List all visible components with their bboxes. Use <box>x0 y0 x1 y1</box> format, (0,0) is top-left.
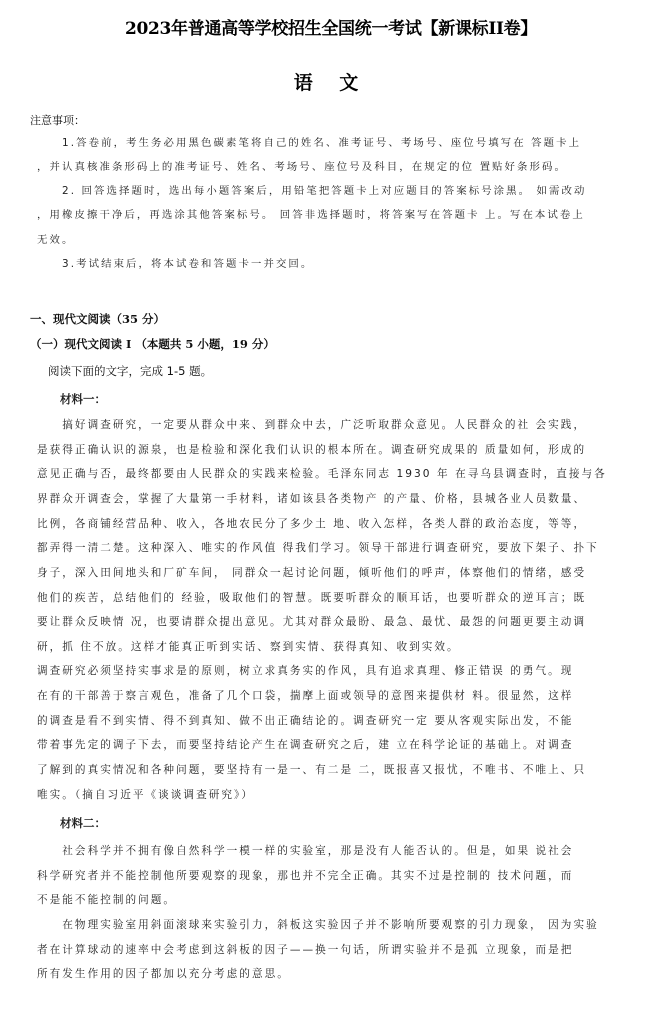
passage-line: 调查研究必须坚持实事求是的原则，树立求真务实的作风，具有追求真理、修正错误 的勇… <box>37 663 573 678</box>
subject-title: 语 文 <box>0 68 662 95</box>
notice-line: ，用橡皮擦干净后，再选涂其他答案标号。 回答非选择题时，将答案写在答题卡 上。写… <box>37 206 585 221</box>
notice-line: 2. 回答选择题时，选出每小题答案后，用铅笔把答题卡上对应题目的答案标号涂黑。 … <box>37 182 587 197</box>
passage-line: 搞好调查研究，一定要从群众中来、到群众中去，广泛听取群众意见。人民群众的社 会实… <box>37 417 586 432</box>
passage-line: 界群众开调查会，掌握了大量第一手材料，诸如该县各类物产 的产量、价格，县城各业人… <box>37 491 586 506</box>
exam-page: 2023年普通高等学校招生全国统一考试【新课标II卷】 语 文 注意事项： 1.… <box>0 0 662 1016</box>
notice-heading: 注意事项： <box>30 112 85 128</box>
passage-line: 要让群众反映情 况，也要请群众提出意见。尤其对群众最盼、最急、最忧、最怨的问题更… <box>37 614 586 629</box>
passage-line: 唯实。（摘自习近平《谈谈调查研究》） <box>37 787 254 802</box>
passage-line: 社会科学并不拥有像自然科学一模一样的实验室，那是没有人能否认的。但是，如果 说社… <box>37 843 573 858</box>
passage-line: 了解到的真实情况和各种问题，要坚持有一是一、有二是 二，既报喜又报忧，不唯书、不… <box>37 762 586 777</box>
passage-line: 者在计算球动的速率中会考虑到这斜板的因子——换一句话，所谓实验并不是孤 立现象，… <box>37 942 573 957</box>
section-heading: 一、现代文阅读（35 分） <box>30 311 165 327</box>
subsection-heading: （一）现代文阅读 I （本题共 5 小题，19 分） <box>30 336 275 352</box>
passage-line: 他们的疾苦，总结他们的 经验，吸取他们的智慧。既要听群众的顺耳话，也要听群众的逆… <box>37 590 586 605</box>
passage-line: 身子，深入田间地头和厂矿车间， 同群众一起讨论问题，倾听他们的呼声，体察他们的情… <box>37 565 586 580</box>
material-one-label: 材料一： <box>60 391 106 407</box>
material-two-label: 材料二： <box>60 815 106 831</box>
passage-line: 比例，各商铺经营品种、收入，各地农民分了多少土 地、收入怎样，各类人群的政治态度… <box>37 516 586 531</box>
passage-line: 在物理实验室用斜面滚球来实验引力，斜板这实验因子并不影响所要观察的引力现象， 因… <box>37 917 599 932</box>
passage-line: 在有的干部善于察言观色，准备了几个口袋，揣摩上面或领导的意图来提供材 料。很显然… <box>37 688 573 703</box>
passage-line: 研，抓 住不放。这样才能真正听到实话、察到实情、获得真知、收到实效。 <box>37 639 460 654</box>
passage-line: 的调查是看不到实情、得不到真知、做不出正确结论的。调查研究一定 要从客观实际出发… <box>37 713 573 728</box>
passage-line: 带着事先定的调子下去，而要坚持结论产生在调查研究之后，建 立在科学论证的基础上。… <box>37 737 573 752</box>
notice-line: ，并认真核准条形码上的准考证号、姓名、考场号、座位号及科目，在规定的位 置贴好条… <box>37 158 567 173</box>
passage-line: 不是能不能控制的问题。 <box>37 892 176 907</box>
exam-title: 2023年普通高等学校招生全国统一考试【新课标II卷】 <box>0 14 662 39</box>
passage-line: 都弄得一清二楚。这种深入、唯实的作风值 得我们学习。领导干部进行调查研究，要放下… <box>37 540 599 555</box>
passage-line: 是获得正确认识的源泉，也是检验和深化我们认识的根本所在。调查研究成果的 质量如何… <box>37 442 586 457</box>
passage-line: 科学研究者并不能控制他所要观察的现象，那也并不完全正确。其实不过是控制的 技术问… <box>37 868 573 883</box>
reading-instruction: 阅读下面的文字，完成 1-5 题。 <box>48 363 212 379</box>
notice-line: 1.答卷前，考生务必用黑色碳素笔将自己的姓名、准考证号、考场号、座位号填写在 答… <box>37 134 581 149</box>
passage-line: 所有发生作用的因子都加以充分考虑的意思。 <box>37 966 290 981</box>
passage-line: 意见正确与否，最终都要由人民群众的实践来检验。毛泽东同志 1930 年 在寻乌县… <box>37 466 607 481</box>
notice-line: 3.考试结束后，将本试卷和答题卡一并交回。 <box>37 255 313 270</box>
notice-line: 无效。 <box>37 231 74 246</box>
